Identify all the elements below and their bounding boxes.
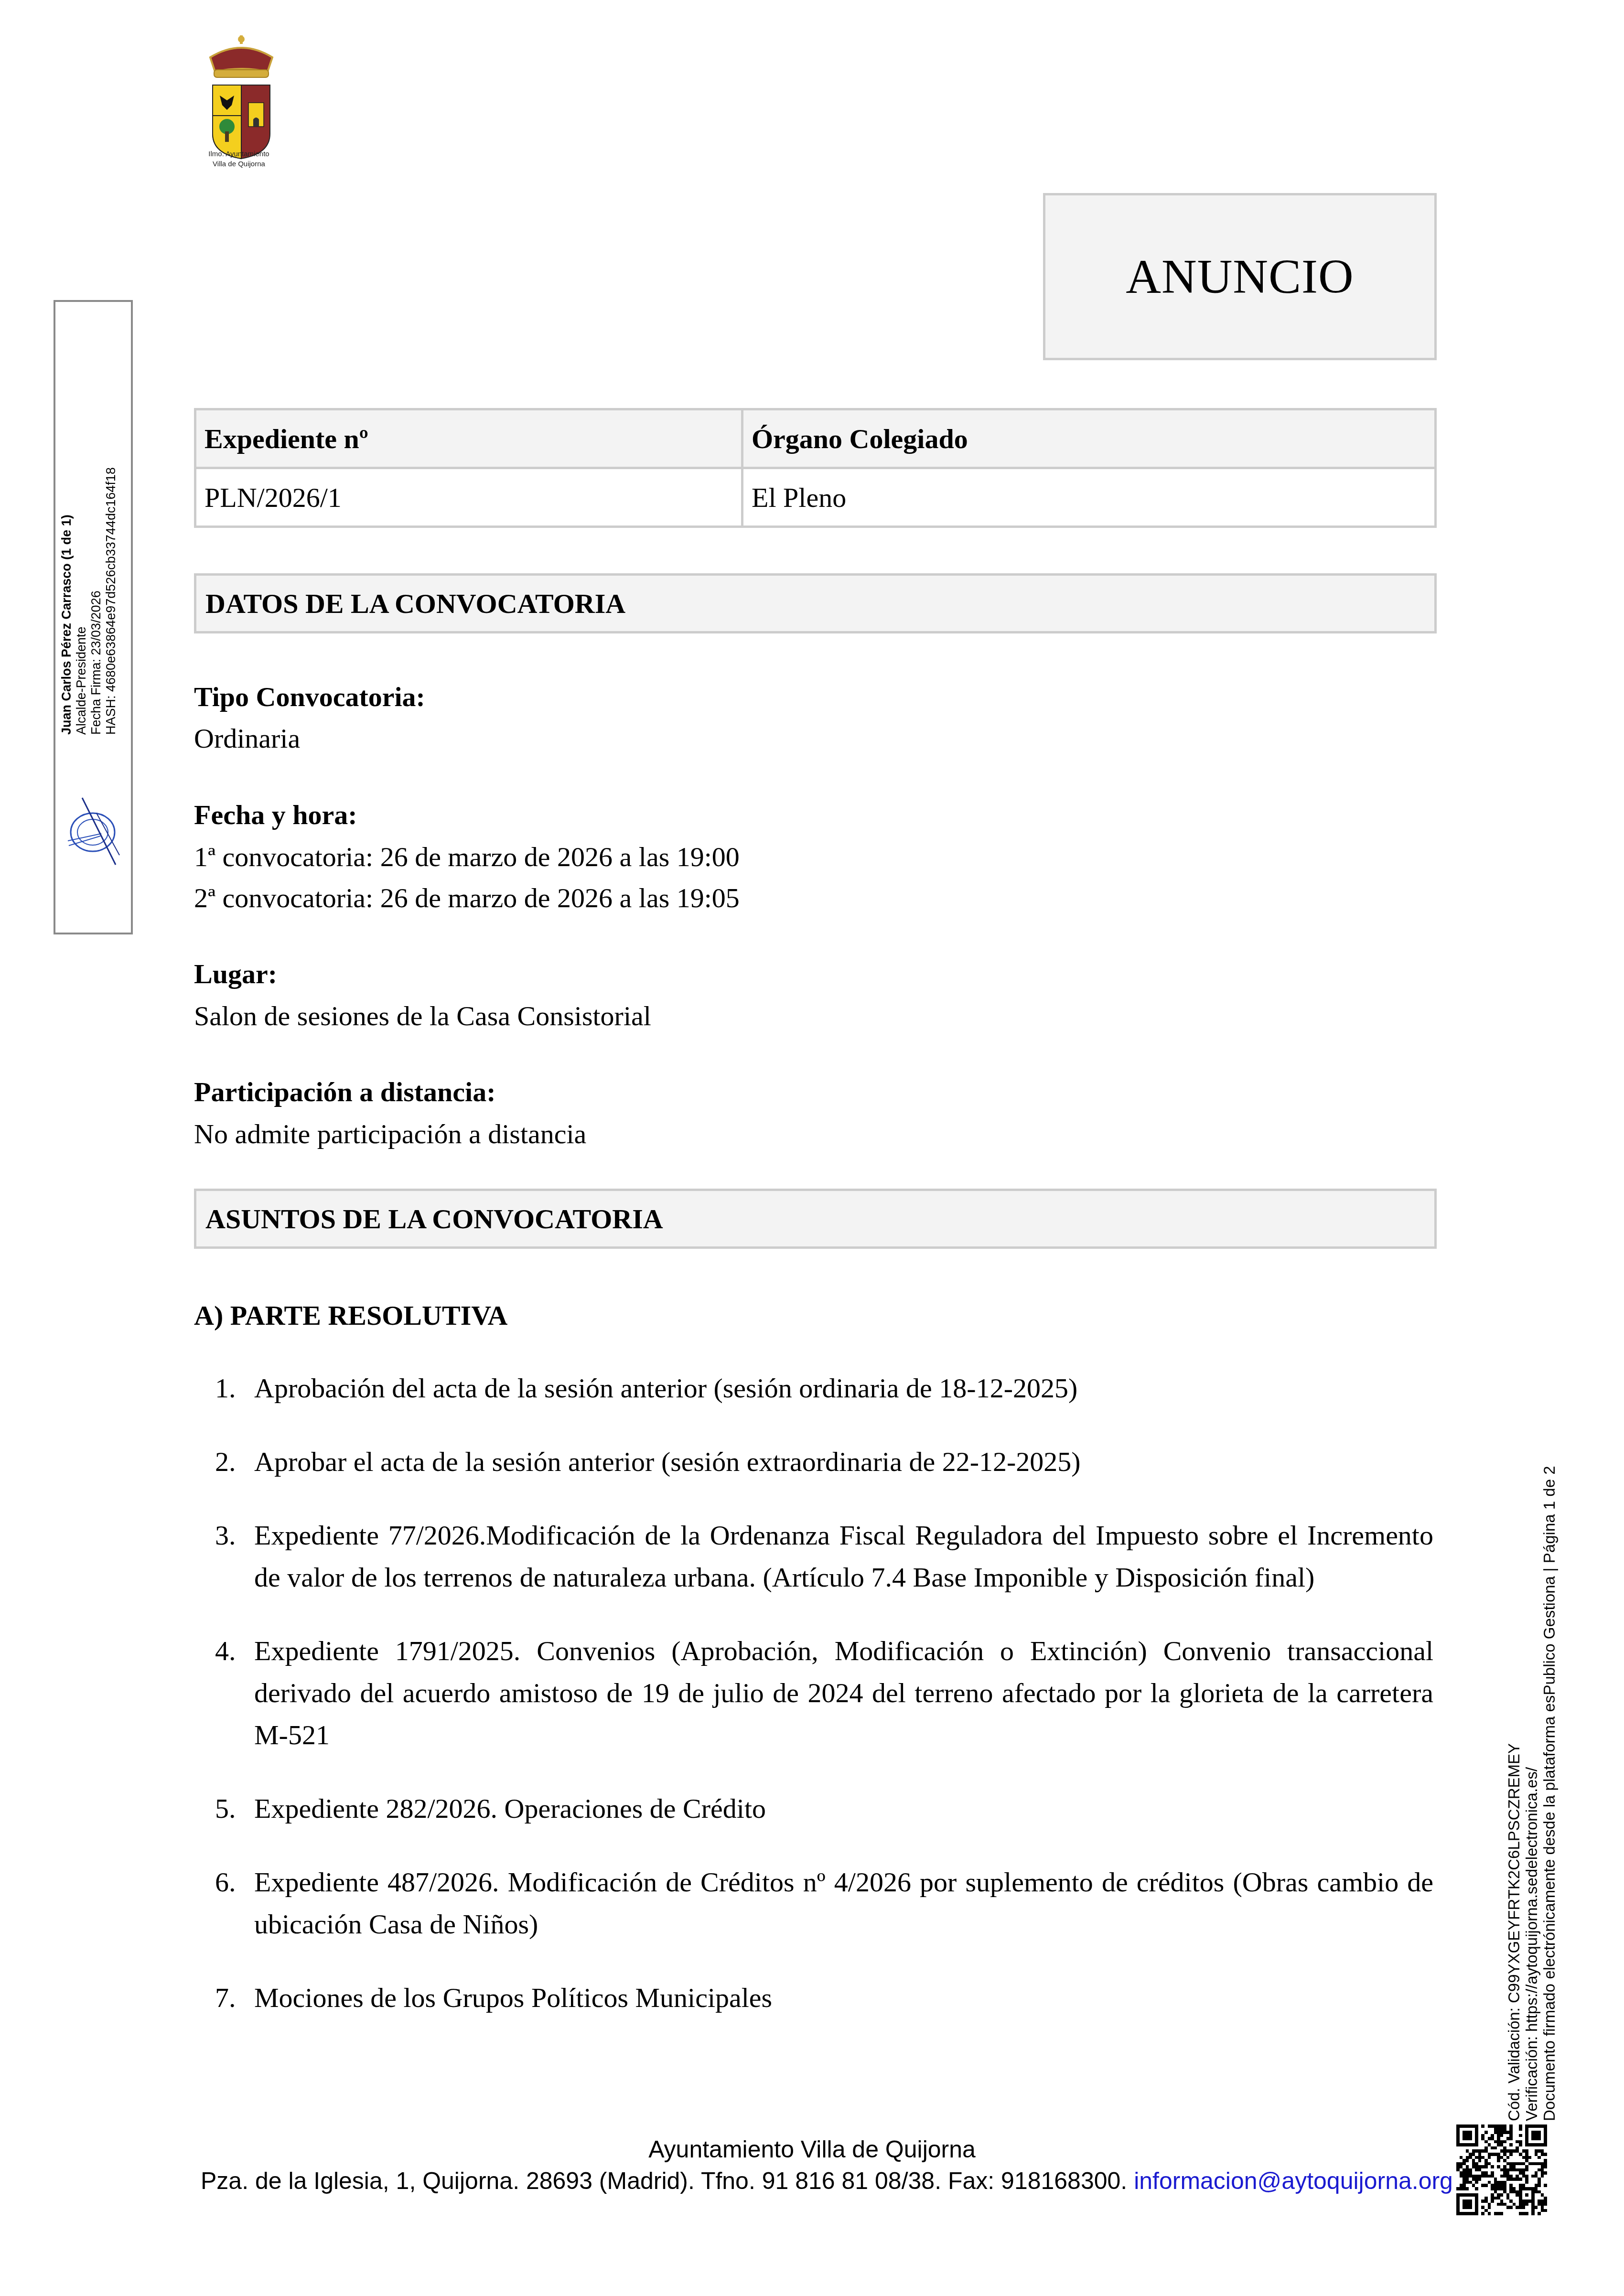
signature-text: Juan Carlos Pérez Carrasco (1 de 1) Alca… <box>59 467 118 735</box>
qr-code-icon[interactable] <box>1456 2124 1547 2215</box>
section-heading-text: ASUNTOS DE LA CONVOCATORIA <box>205 1203 663 1235</box>
participacion-label: Participación a distancia: <box>194 1076 496 1108</box>
agenda-item-number: 3. <box>215 1514 236 1556</box>
signature-date: Fecha Firma: 23/03/2026 <box>89 467 104 735</box>
segunda-convocatoria: 2ª convocatoria: 26 de marzo de 2026 a l… <box>194 882 740 914</box>
agenda-item-text: Aprobación del acta de la sesión anterio… <box>254 1373 1077 1404</box>
signature-panel: Juan Carlos Pérez Carrasco (1 de 1) Alca… <box>54 300 133 934</box>
logo-caption: Ilmo. Ayuntamiento Villa de Quijorna <box>177 149 301 169</box>
value-expediente: PLN/2026/1 <box>195 468 742 527</box>
official-seal-icon <box>63 788 125 869</box>
agenda-list: 1.Aprobación del acta de la sesión anter… <box>201 1367 1433 2050</box>
value-organo: El Pleno <box>742 468 1436 527</box>
header-expediente: Expediente nº <box>195 409 742 468</box>
signer-name: Juan Carlos Pérez Carrasco (1 de 1) <box>59 467 74 735</box>
agenda-item-text: Expediente 487/2026. Modificación de Cré… <box>254 1867 1433 1940</box>
lugar-value: Salon de sesiones de la Casa Consistoria… <box>194 1000 651 1032</box>
participacion-value: No admite participación a distancia <box>194 1118 586 1150</box>
fecha-hora-label: Fecha y hora: <box>194 799 357 831</box>
agenda-item-text: Expediente 282/2026. Operaciones de Créd… <box>254 1793 766 1824</box>
document-title: ANUNCIO <box>1126 249 1354 305</box>
agenda-item-number: 1. <box>215 1367 236 1409</box>
table-header-row: Expediente nº Órgano Colegiado <box>195 409 1436 468</box>
section-heading-text: DATOS DE LA CONVOCATORIA <box>205 588 625 620</box>
agenda-item: 3.Expediente 77/2026.Modificación de la … <box>201 1514 1433 1599</box>
primera-convocatoria: 1ª convocatoria: 26 de marzo de 2026 a l… <box>194 841 740 873</box>
tipo-convocatoria-label: Tipo Convocatoria: <box>194 681 425 713</box>
agenda-item-number: 4. <box>215 1630 236 1672</box>
tipo-convocatoria-value: Ordinaria <box>194 722 300 754</box>
agenda-item-text: Expediente 1791/2025. Convenios (Aprobac… <box>254 1635 1433 1750</box>
agenda-item: 1.Aprobación del acta de la sesión anter… <box>201 1367 1433 1409</box>
agenda-item: 4.Expediente 1791/2025. Convenios (Aprob… <box>201 1630 1433 1756</box>
footer-address-text: Pza. de la Iglesia, 1, Quijorna. 28693 (… <box>201 2167 1134 2194</box>
parte-resolutiva-heading: A) PARTE RESOLUTIVA <box>194 1299 508 1331</box>
header-organo: Órgano Colegiado <box>742 409 1436 468</box>
agenda-item: 6.Expediente 487/2026. Modificación de C… <box>201 1861 1433 1945</box>
logo-caption-line-1: Ilmo. Ayuntamiento <box>177 149 301 159</box>
agenda-item-text: Mociones de los Grupos Políticos Municip… <box>254 1982 772 2013</box>
table-row: PLN/2026/1 El Pleno <box>195 468 1436 527</box>
agenda-item-number: 5. <box>215 1788 236 1830</box>
signed-note: Documento firmado electrónicamente desde… <box>1540 1466 1558 2121</box>
file-info-table: Expediente nº Órgano Colegiado PLN/2026/… <box>194 408 1437 528</box>
agenda-item-number: 2. <box>215 1441 236 1483</box>
footer-org-name: Ayuntamiento Villa de Quijorna <box>0 2135 1624 2163</box>
section-heading-asuntos: ASUNTOS DE LA CONVOCATORIA <box>194 1189 1437 1249</box>
validation-text: Cód. Validación: C99YXGEYFRTK2C6LPSCZREM… <box>1505 1466 1558 2121</box>
footer-address: Pza. de la Iglesia, 1, Quijorna. 28693 (… <box>201 2167 1443 2195</box>
agenda-item-number: 7. <box>215 1977 236 2019</box>
footer-email-link[interactable]: informacion@aytoquijorna.org <box>1134 2167 1453 2194</box>
verification-url[interactable]: Verificación: https://aytoquijorna.sedel… <box>1523 1466 1540 2121</box>
validation-panel: Cód. Validación: C99YXGEYFRTK2C6LPSCZREM… <box>1505 1424 1572 2121</box>
validation-code: Cód. Validación: C99YXGEYFRTK2C6LPSCZREM… <box>1505 1466 1523 2121</box>
agenda-item: 2.Aprobar el acta de la sesión anterior … <box>201 1441 1433 1483</box>
agenda-item: 5.Expediente 282/2026. Operaciones de Cr… <box>201 1788 1433 1830</box>
signature-hash: HASH: 4680e63864e97d526cb33744dc164f18 <box>104 467 118 735</box>
document-title-box: ANUNCIO <box>1043 193 1437 360</box>
lugar-label: Lugar: <box>194 958 277 990</box>
section-heading-datos: DATOS DE LA CONVOCATORIA <box>194 573 1437 633</box>
signer-role: Alcalde-Presidente <box>74 467 89 735</box>
agenda-item-text: Expediente 77/2026.Modificación de la Or… <box>254 1520 1433 1593</box>
logo-caption-line-2: Villa de Quijorna <box>177 159 301 169</box>
agenda-item-text: Aprobar el acta de la sesión anterior (s… <box>254 1446 1081 1477</box>
agenda-item-number: 6. <box>215 1861 236 1903</box>
agenda-item: 7.Mociones de los Grupos Políticos Munic… <box>201 1977 1433 2019</box>
